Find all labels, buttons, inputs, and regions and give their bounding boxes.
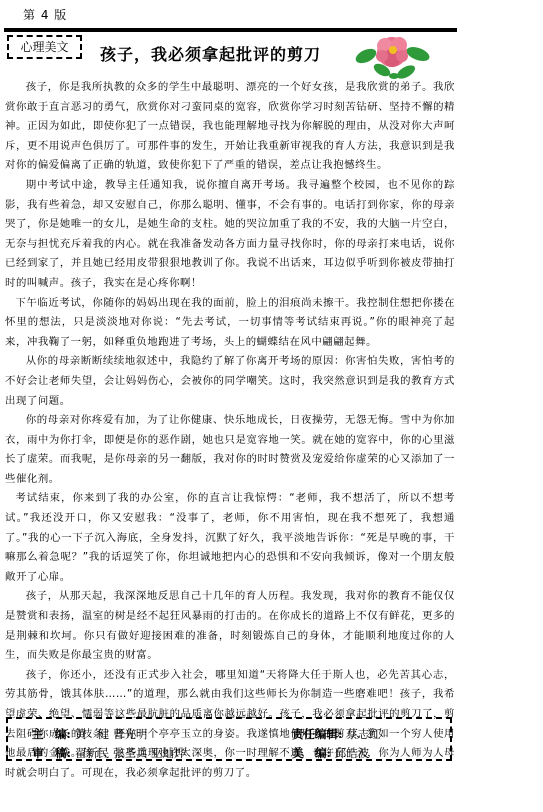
credits-box: 主 编: 黄 健 曹光明 责任编辑: 蔡志红 审 稿: 翟新民 张圣兵 巫灿烨 … (6, 717, 452, 761)
section-label-box: 心理美文 (7, 35, 82, 59)
credit-role: 美 编: (292, 745, 331, 761)
section-label: 心理美文 (20, 40, 68, 54)
article-title: 孩子，我必须拿起批评的剪刀 (100, 42, 321, 65)
paragraph: 考试结束，你来到了我的办公室，你的直言让我惊愕：“老师，我不想活了，所以不想考试… (5, 489, 455, 587)
paragraph: 期中考试中途，教导主任通知我，说你擅自离开考场。我寻遍整个校园，也不见你的踪影，… (5, 176, 455, 294)
credit-role: 主 编: (32, 726, 71, 742)
credit-art-editor: 美 编: 邱皓波 (292, 745, 369, 761)
credit-names: 蔡志红 (346, 726, 381, 742)
credit-names: 翟新民 张圣兵 巫灿烨 (75, 745, 186, 761)
credit-names: 黄 健 曹光明 (75, 726, 148, 742)
page-number: 第 4 版 (23, 6, 67, 23)
credit-reviewer: 审 稿: 翟新民 张圣兵 巫灿烨 (32, 745, 186, 761)
paragraph: 孩子，从那天起，我深深地反思自己十几年的育人历程。我发现，我对你的教育不能仅仅是… (5, 587, 455, 665)
paragraph: 孩子，你是我所执教的众多的学生中最聪明、漂亮的一个好女孩，是我欣赏的弟子。我欣赏… (5, 78, 455, 176)
credit-chief-editor: 主 编: 黄 健 曹光明 (32, 726, 147, 742)
credit-names: 邱皓波 (335, 745, 370, 761)
credit-responsible-editor: 责任编辑: 蔡志红 (292, 726, 381, 742)
paragraph: 下午临近考试，你随你的妈妈出现在我的面前，脸上的泪痕尚未擦干。我控制住想把你搂在… (5, 294, 455, 353)
article-body: 孩子，你是我所执教的众多的学生中最聪明、漂亮的一个好女孩，是我欣赏的弟子。我欣赏… (5, 78, 455, 783)
paragraph: 你的母亲对你疼爱有加，为了让你健康、快乐地成长，日夜操劳，无怨无悔。雪中为你加衣… (5, 411, 455, 489)
credit-role: 责任编辑: (292, 726, 342, 742)
peony-flower-icon (352, 30, 434, 80)
credit-role: 审 稿: (32, 745, 71, 761)
paragraph: 从你的母亲断断续续地叙述中，我隐约了解了你离开考场的原因：你害怕失败，害怕考的不… (5, 352, 455, 411)
